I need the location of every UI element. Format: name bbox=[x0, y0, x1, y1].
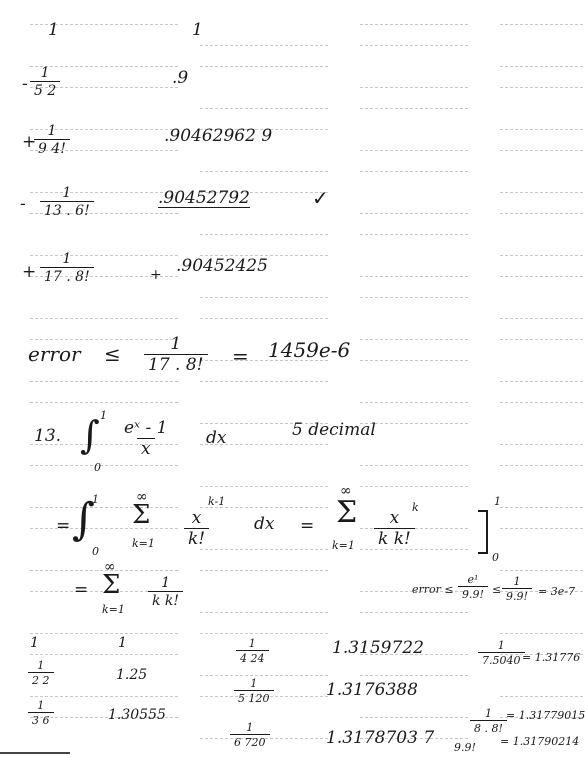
col2-row1: 1 bbox=[118, 636, 127, 650]
col1-row2-den: 2 2 bbox=[28, 672, 54, 686]
term-5: 1 17 . 8! bbox=[40, 252, 94, 284]
error-note-den1: 9.9! bbox=[458, 586, 488, 600]
error-fraction: 1 17 . 8! bbox=[144, 336, 208, 374]
col5-row1: 1 7.5040 bbox=[478, 640, 525, 666]
sum1-term-exp: k-1 bbox=[208, 496, 225, 507]
col1-row2-num: 1 bbox=[33, 660, 48, 672]
error-den: 17 . 8! bbox=[144, 354, 208, 374]
problem-note: 5 decimal bbox=[292, 422, 376, 439]
sum2-term-den: k k! bbox=[374, 528, 415, 548]
partial-sum-5: .90452425 bbox=[176, 258, 268, 275]
deriv-eq-3: = bbox=[74, 582, 88, 599]
integral-sign: ∫ bbox=[80, 416, 100, 454]
error-note-num1: e¹ bbox=[464, 574, 483, 586]
error-relation: ≤ bbox=[104, 344, 121, 364]
term-2-num: 1 bbox=[37, 66, 54, 81]
term-5-num: 1 bbox=[58, 252, 75, 267]
evaluation-bracket bbox=[478, 510, 488, 554]
integral-dx: dx bbox=[206, 430, 226, 447]
sum3-term-num: 1 bbox=[157, 576, 174, 591]
term-4: 1 13 . 6! bbox=[40, 186, 94, 218]
term-2-den: 5 2 bbox=[30, 81, 60, 98]
col1-row3-den: 3 6 bbox=[28, 712, 54, 726]
deriv-eq-2: = bbox=[300, 518, 314, 535]
sum3-bottom: k=1 bbox=[102, 604, 125, 615]
term-4-den: 13 . 6! bbox=[40, 201, 94, 218]
sum2-term-exp: k bbox=[412, 502, 419, 513]
col5-row1-result: = 1.31776 bbox=[522, 652, 580, 663]
sum2-term: x k k! bbox=[374, 510, 415, 548]
deriv-integral-lower: 0 bbox=[92, 546, 99, 557]
col5-row1-num: 1 bbox=[494, 640, 509, 652]
term-2: 1 5 2 bbox=[30, 66, 60, 98]
term-4-num: 1 bbox=[58, 186, 75, 201]
sum1-term-den: k! bbox=[184, 528, 209, 548]
integrand: eˣ - 1 x bbox=[120, 420, 171, 458]
integral-lower: 0 bbox=[94, 462, 101, 473]
sum3-term: 1 k k! bbox=[148, 576, 183, 608]
col5-row2-num: 1 bbox=[481, 708, 496, 720]
col4-row2: 1.3176388 bbox=[326, 682, 418, 699]
col3-row1: 1 4 24 bbox=[236, 638, 269, 664]
col4-row3: 1.3178703 7 bbox=[326, 730, 434, 747]
error-value: 1459e-6 bbox=[268, 340, 350, 360]
col5-row2-den: 8 . 8! bbox=[470, 720, 507, 734]
sum1-bottom: k=1 bbox=[132, 538, 155, 549]
integral-upper: 1 bbox=[100, 410, 107, 421]
partial-sum-3: .90462962 9 bbox=[164, 128, 272, 145]
sum2-bottom: k=1 bbox=[332, 540, 355, 551]
checkmark-icon: ✓ bbox=[312, 188, 329, 208]
sign-5: + bbox=[22, 264, 36, 281]
col5-row2-result: = 1.31779015 bbox=[506, 710, 585, 721]
col2-row2: 1.25 bbox=[116, 668, 147, 682]
term-3: 1 9 4! bbox=[34, 124, 70, 156]
term-3-num: 1 bbox=[43, 124, 60, 139]
col2-row3: 1.30555 bbox=[108, 708, 166, 722]
sum2-term-num: x bbox=[386, 510, 404, 528]
col1-row3-num: 1 bbox=[33, 700, 48, 712]
partial-sum-1: 1 bbox=[192, 22, 203, 39]
col3-row1-den: 4 24 bbox=[236, 650, 269, 664]
sign-4: - bbox=[20, 196, 26, 213]
error-note-frac2: 1 9.9! bbox=[502, 576, 532, 602]
col5-row2: 1 8 . 8! bbox=[470, 708, 507, 734]
integrand-den: x bbox=[137, 438, 155, 458]
error-note-den2: 9.9! bbox=[502, 588, 532, 602]
col3-row2-den: 5 120 bbox=[234, 690, 274, 704]
sigma-3: Σ bbox=[102, 572, 120, 598]
term-1: 1 bbox=[48, 22, 59, 39]
mark-5: + bbox=[150, 268, 162, 282]
deriv-eq-1: = bbox=[56, 518, 70, 535]
col5-row3-den: 9.9! bbox=[454, 742, 476, 753]
deriv-dx: dx bbox=[254, 516, 274, 533]
deriv-integral-upper: 1 bbox=[92, 494, 99, 505]
col5-row3-result: = 1.31790214 bbox=[500, 736, 579, 747]
col3-row3-num: 1 bbox=[242, 722, 257, 734]
error-num: 1 bbox=[166, 336, 185, 354]
error-note-label: error ≤ bbox=[412, 584, 454, 595]
error-equals: = bbox=[232, 346, 249, 366]
bottom-mark bbox=[0, 752, 70, 754]
sign-2: - bbox=[22, 76, 28, 93]
col3-row2-num: 1 bbox=[246, 678, 261, 690]
partial-sum-4: .90452792 bbox=[158, 190, 250, 208]
sigma-1: Σ bbox=[132, 502, 150, 528]
col3-row2: 1 5 120 bbox=[234, 678, 274, 704]
bracket-lower: 0 bbox=[492, 552, 499, 563]
term-3-den: 9 4! bbox=[34, 139, 70, 156]
error-label: error bbox=[28, 344, 81, 364]
col1-row1: 1 bbox=[30, 636, 39, 650]
col3-row3-den: 6 720 bbox=[230, 734, 270, 748]
col5-row1-den: 7.5040 bbox=[478, 652, 525, 666]
col1-row3: 1 3 6 bbox=[28, 700, 54, 726]
error-note-value: = 3e-7 bbox=[538, 586, 575, 597]
col3-row3: 1 6 720 bbox=[230, 722, 270, 748]
integrand-num: eˣ - 1 bbox=[120, 420, 171, 438]
problem-number: 13. bbox=[34, 428, 61, 445]
error-note-frac1: e¹ 9.9! bbox=[458, 574, 488, 600]
sigma-2: Σ bbox=[336, 498, 357, 528]
col1-row2: 1 2 2 bbox=[28, 660, 54, 686]
col3-row1-num: 1 bbox=[245, 638, 260, 650]
sum1-term: x k! bbox=[184, 510, 209, 548]
bracket-upper: 1 bbox=[494, 496, 501, 507]
col4-row1: 1.3159722 bbox=[332, 640, 424, 657]
sum3-term-den: k k! bbox=[148, 591, 183, 608]
error-note-num2: 1 bbox=[509, 576, 524, 588]
error-note-rel: ≤ bbox=[492, 584, 501, 595]
partial-sum-2: .9 bbox=[172, 70, 188, 87]
term-5-den: 17 . 8! bbox=[40, 267, 94, 284]
sum1-term-num: x bbox=[188, 510, 206, 528]
